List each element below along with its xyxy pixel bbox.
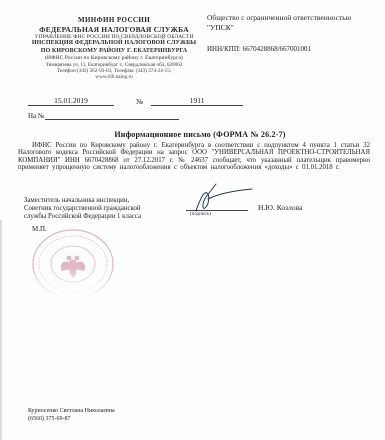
executor-name: Курносенко Светлана Николаевна xyxy=(28,408,115,416)
signer-position-line1: Заместитель начальника инспекции, xyxy=(24,197,184,205)
letter-body: ИФНС России по Кировскому району г. Екат… xyxy=(18,142,370,171)
recipient-company: Общество с ограниченной ответственностью… xyxy=(207,13,372,33)
signer-position: Заместитель начальника инспекции, Советн… xyxy=(24,197,184,221)
recipient-block: Общество с ограниченной ответственностью… xyxy=(207,13,372,54)
signature-line xyxy=(186,210,248,211)
signature-area: (подпись) Н.Ю. Козлова xyxy=(186,183,356,223)
signer-position-line3: службы Российской Федерации 1 класса xyxy=(24,213,184,221)
scanned-letter-page: МИНФИН РОССИИ ФЕДЕРАЛЬНАЯ НАЛОГОВАЯ СЛУЖ… xyxy=(0,0,385,440)
round-stamp xyxy=(28,228,118,300)
sender-inspection-line1: ИНСПЕКЦИЯ ФЕДЕРАЛЬНОЙ НАЛОГОВОЙ СЛУЖБЫ xyxy=(28,40,200,47)
letter-title: Информационное письмо (ФОРМА № 26.2-7) xyxy=(0,130,385,139)
reply-to-label: На № xyxy=(28,112,45,120)
dateline-block: 15.01.2019 № 1911 На № xyxy=(28,96,358,120)
signer-position-line2: Советник государственной гражданской xyxy=(24,205,184,213)
scan-edge-shadow xyxy=(0,220,3,440)
executor-block: Курносенко Светлана Николаевна (6560) 37… xyxy=(28,408,115,423)
letter-date: 15.01.2019 xyxy=(28,96,114,106)
reply-to-blank xyxy=(45,111,179,120)
sender-service: ФЕДЕРАЛЬНАЯ НАЛОГОВАЯ СЛУЖБА xyxy=(28,25,200,34)
letter-number: 1911 xyxy=(151,96,243,106)
sender-inspection-short: (ИФНС России по Кировскому району г. Ека… xyxy=(28,55,200,62)
signature-caption: (подпись) xyxy=(190,212,211,217)
executor-phone: (6560) 375-69-87 xyxy=(28,416,115,424)
signer-name: Н.Ю. Козлова xyxy=(258,203,302,212)
number-sign: № xyxy=(136,97,143,106)
stamp-eagle-emblem xyxy=(61,256,85,278)
sender-website: www.r66.nalog.ru xyxy=(28,74,200,80)
recipient-inn-kpp: ИНН/КПП: 6670428868/667001001 xyxy=(207,45,372,54)
dateline-row: 15.01.2019 № 1911 xyxy=(28,96,358,106)
sender-ministry: МИНФИН РОССИИ xyxy=(28,16,200,25)
sender-letterhead: МИНФИН РОССИИ ФЕДЕРАЛЬНАЯ НАЛОГОВАЯ СЛУЖ… xyxy=(28,16,200,81)
sender-inspection-line2: ПО КИРОВСКОМУ РАЙОНУ Г. ЕКАТЕРИНБУРГА xyxy=(28,48,200,55)
reply-to-row: На № xyxy=(28,111,358,120)
